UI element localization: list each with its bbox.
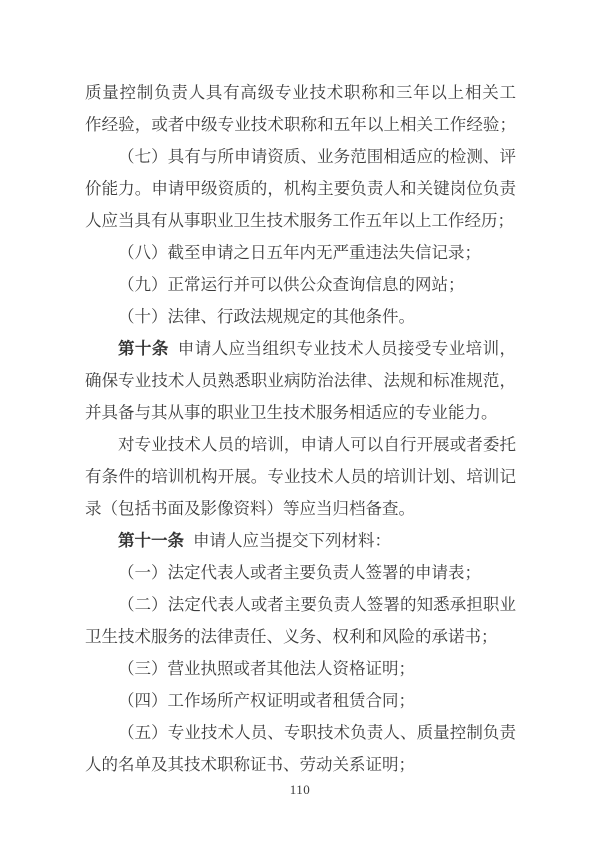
text-line: （四）工作场所产权证明或者租赁合同； (85, 685, 516, 717)
text-line: （九）正常运行并可以供公众查询信息的网站； (85, 269, 516, 301)
text-line: 有条件的培训机构开展。专业技术人员的培训计划、培训记 (85, 461, 516, 493)
text-line: （二）法定代表人或者主要负责人签署的知悉承担职业 (85, 589, 516, 621)
text-line: 确保专业技术人员熟悉职业病防治法律、法规和标准规范， (85, 365, 516, 397)
article-number: 第十条 (118, 339, 169, 358)
document-page: 质量控制负责人具有高级专业技术职称和三年以上相关工作经验，或者中级专业技术职称和… (0, 0, 600, 848)
text-line: 作经验，或者中级专业技术职称和五年以上相关工作经验； (85, 109, 516, 141)
text-line: 人的名单及其技术职称证书、劳动关系证明； (85, 749, 516, 781)
text-line: 人应当具有从事职业卫生技术服务工作五年以上工作经历； (85, 205, 516, 237)
page-number: 110 (0, 782, 600, 798)
text-line: （三）营业执照或者其他法人资格证明； (85, 653, 516, 685)
document-body: 质量控制负责人具有高级专业技术职称和三年以上相关工作经验，或者中级专业技术职称和… (85, 77, 516, 781)
text-line: 第十条申请人应当组织专业技术人员接受专业培训， (85, 333, 516, 365)
text-line: 录（包括书面及影像资料）等应当归档备查。 (85, 493, 516, 525)
text-line: （八）截至申请之日五年内无严重违法失信记录； (85, 237, 516, 269)
text-line: 并具备与其从事的职业卫生技术服务相适应的专业能力。 (85, 397, 516, 429)
article-number: 第十一条 (118, 531, 184, 550)
text-line: 对专业技术人员的培训，申请人可以自行开展或者委托 (85, 429, 516, 461)
text-line: （一）法定代表人或者主要负责人签署的申请表； (85, 557, 516, 589)
text-line: （七）具有与所申请资质、业务范围相适应的检测、评 (85, 141, 516, 173)
text-line: 卫生技术服务的法律责任、义务、权利和风险的承诺书； (85, 621, 516, 653)
text-line: （五）专业技术人员、专职技术负责人、质量控制负责 (85, 717, 516, 749)
text-line: 第十一条申请人应当提交下列材料： (85, 525, 516, 557)
text-line: （十）法律、行政法规规定的其他条件。 (85, 301, 516, 333)
text-line: 价能力。申请甲级资质的，机构主要负责人和关键岗位负责 (85, 173, 516, 205)
text-line: 质量控制负责人具有高级专业技术职称和三年以上相关工 (85, 77, 516, 109)
